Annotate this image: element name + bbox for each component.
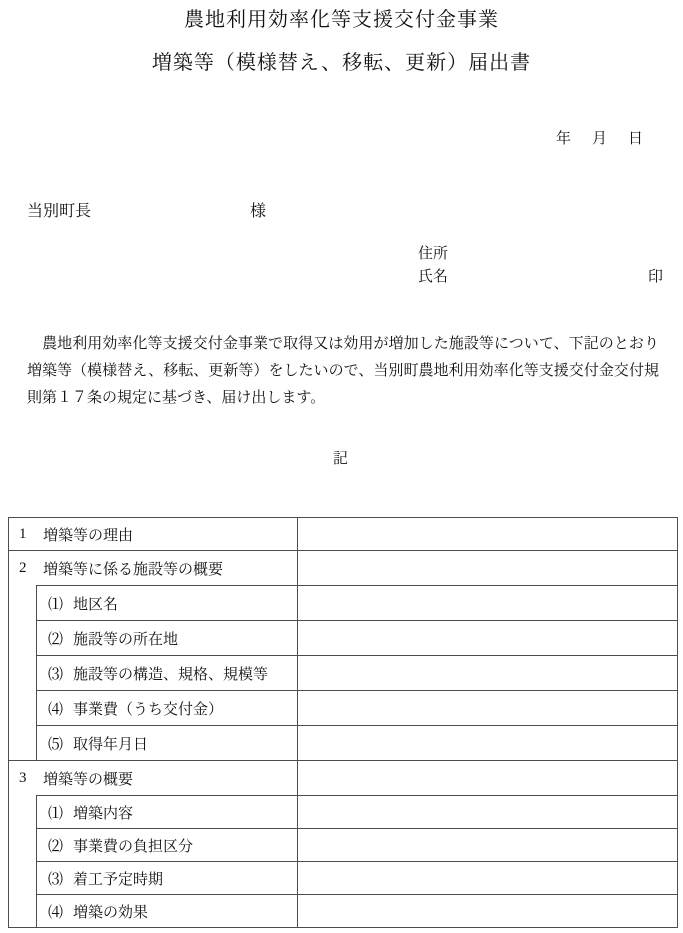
row-label: 増築等の概要: [36, 760, 298, 795]
document-title-line1: 農地利用効率化等支援交付金事業: [0, 3, 683, 32]
sub-row-text: 施設等の所在地: [73, 628, 178, 649]
row-value-cell: [298, 550, 677, 585]
sub-row-label: ⑶ 着工予定時期: [36, 861, 298, 894]
sub-row-label: ⑷ 事業費（うち交付金）: [36, 690, 298, 725]
table-row-3-2: ⑵ 事業費の負担区分: [9, 828, 677, 861]
merged-number-spacer: [9, 620, 36, 655]
row-number: 1: [9, 518, 36, 550]
sub-row-label: ⑸ 取得年月日: [36, 725, 298, 760]
sub-row-number: ⑴: [48, 593, 63, 614]
row-value-cell: [298, 585, 677, 620]
sub-row-label: ⑷ 増築の効果: [36, 894, 298, 927]
table-row-2-4: ⑷ 事業費（うち交付金）: [9, 690, 677, 725]
sub-row-number: ⑶: [48, 868, 63, 889]
addressee-name: 当別町長: [27, 203, 91, 220]
table-row-2-5: ⑸ 取得年月日: [9, 725, 677, 760]
date-month-label: 月: [592, 127, 607, 148]
addressee-line: 当別町長 様: [27, 198, 91, 221]
sub-row-text: 取得年月日: [73, 733, 148, 754]
notification-table: 1 増築等の理由 2 増築等に係る施設等の概要 ⑴ 地区名 ⑵ 施設等の所在地 …: [8, 517, 678, 928]
sender-name-label: 氏名: [418, 266, 448, 289]
addressee-honorific: 様: [250, 198, 266, 221]
row-label: 増築等に係る施設等の概要: [36, 550, 298, 585]
merged-number-spacer: [9, 795, 36, 828]
sub-row-text: 着工予定時期: [73, 868, 163, 889]
sender-address-label: 住所: [418, 243, 448, 266]
date-year-label: 年: [556, 127, 571, 148]
date-line: 年 月 日: [556, 127, 643, 148]
date-day-label: 日: [628, 127, 643, 148]
table-row-2-2: ⑵ 施設等の所在地: [9, 620, 677, 655]
row-value-cell: [298, 795, 677, 828]
sub-row-text: 事業費の負担区分: [73, 835, 193, 856]
sub-row-number: ⑵: [48, 835, 63, 856]
merged-number-spacer: [9, 585, 36, 620]
row-number: 3: [9, 760, 36, 795]
sub-row-number: ⑷: [48, 901, 63, 922]
row-value-cell: [298, 894, 677, 927]
sub-row-label: ⑵ 事業費の負担区分: [36, 828, 298, 861]
sub-row-label: ⑴ 増築内容: [36, 795, 298, 828]
row-value-cell: [298, 655, 677, 690]
merged-number-spacer: [9, 828, 36, 861]
row-value-cell: [298, 861, 677, 894]
document-title-line2: 増築等（模様替え、移転、更新）届出書: [0, 46, 683, 75]
sub-row-text: 施設等の構造、規格、規模等: [73, 663, 268, 684]
sub-row-label: ⑵ 施設等の所在地: [36, 620, 298, 655]
table-row-3-4: ⑷ 増築の効果: [9, 894, 677, 927]
sub-row-text: 増築内容: [73, 802, 133, 823]
table-row-3: 3 増築等の概要: [9, 760, 677, 795]
row-value-cell: [298, 828, 677, 861]
table-row-3-1: ⑴ 増築内容: [9, 795, 677, 828]
row-label: 増築等の理由: [36, 518, 298, 550]
seal-mark: 印: [648, 266, 663, 289]
merged-number-spacer: [9, 690, 36, 725]
sender-block: 住所 氏名 印: [418, 243, 448, 289]
row-number: 2: [9, 550, 36, 585]
row-value-cell: [298, 620, 677, 655]
merged-number-spacer: [9, 894, 36, 927]
row-value-cell: [298, 725, 677, 760]
sub-row-number: ⑵: [48, 628, 63, 649]
merged-number-spacer: [9, 655, 36, 690]
table-row-1: 1 増築等の理由: [9, 518, 677, 550]
notification-form-page: { "header": { "title_line1": "農地利用効率化等支援…: [0, 0, 683, 933]
row-value-cell: [298, 760, 677, 795]
record-mark: 記: [0, 447, 683, 468]
sub-row-text: 事業費（うち交付金）: [73, 698, 223, 719]
table-row-3-3: ⑶ 着工予定時期: [9, 861, 677, 894]
sub-row-number: ⑸: [48, 733, 63, 754]
sub-row-label: ⑶ 施設等の構造、規格、規模等: [36, 655, 298, 690]
merged-number-spacer: [9, 725, 36, 760]
sub-row-number: ⑷: [48, 698, 63, 719]
row-value-cell: [298, 690, 677, 725]
body-paragraph: 農地利用効率化等支援交付金事業で取得又は効用が増加した施設等について、下記のとお…: [27, 331, 659, 412]
merged-number-spacer: [9, 861, 36, 894]
sub-row-text: 地区名: [73, 593, 118, 614]
table-row-2-3: ⑶ 施設等の構造、規格、規模等: [9, 655, 677, 690]
table-row-2: 2 増築等に係る施設等の概要: [9, 550, 677, 585]
sub-row-text: 増築の効果: [73, 901, 148, 922]
sub-row-number: ⑴: [48, 802, 63, 823]
sub-row-label: ⑴ 地区名: [36, 585, 298, 620]
row-value-cell: [298, 518, 677, 550]
table-row-2-1: ⑴ 地区名: [9, 585, 677, 620]
sub-row-number: ⑶: [48, 663, 63, 684]
